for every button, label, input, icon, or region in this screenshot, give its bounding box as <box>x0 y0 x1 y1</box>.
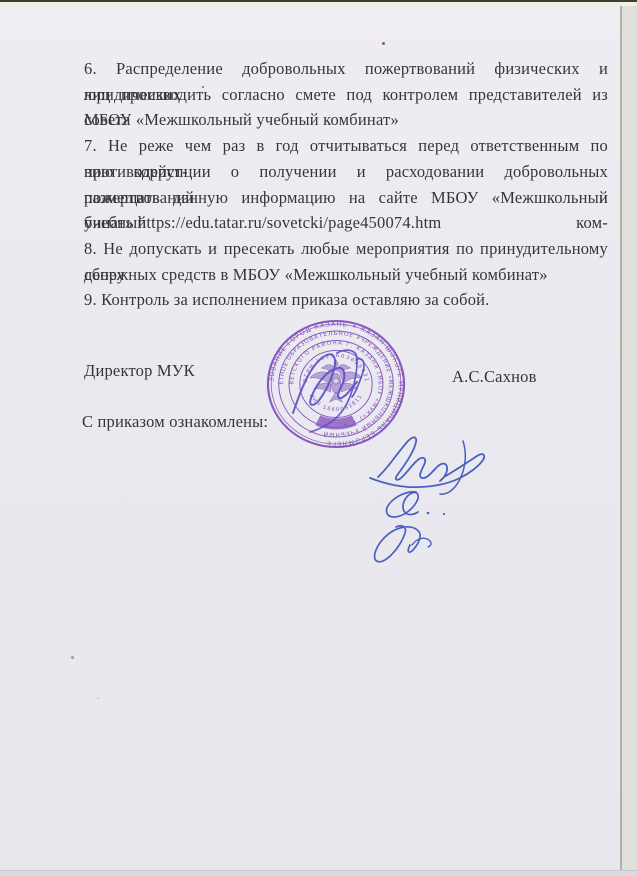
paragraph-line: 7. Не реже чем раз в год отчитываться пе… <box>84 133 608 159</box>
scanner-bottom-edge <box>0 870 637 876</box>
paragraph-line: денежных средств в МБОУ «Межшкольный уче… <box>84 262 608 288</box>
paragraph-line: МБОУ «Межшкольный учебный комбинат» <box>84 107 608 133</box>
stamp-bottom-banner <box>318 420 355 424</box>
director-title-label: Директор МУК <box>84 361 195 381</box>
paragraph-line: 9. Контроль за исполнением приказа остав… <box>84 287 608 313</box>
dust-speck <box>382 42 385 45</box>
acknowledged-signature-1 <box>370 437 484 494</box>
official-stamp: ✦ МУНИЦИПАЛЬНОЕ ОБРАЗОВАНИЕ ГОРОД КАЗАНЬ… <box>268 321 404 447</box>
scanner-paper-edge <box>0 2 637 6</box>
paragraph-line: размещать данную информацию на сайте МБО… <box>84 185 608 211</box>
acknowledged-signature-2 <box>387 492 430 517</box>
stamp-inner-ring-text: КОМБИНАТ» СОВЕТСКОГО РАЙОНА Г. КАЗАНИ (М… <box>289 341 383 428</box>
stamp-inn-text: ИНН 1660032811 <box>308 393 365 413</box>
paragraph-line-with-url: бинат» https://edu.tatar.ru/sovetcki/pag… <box>84 210 608 236</box>
stamp-ogrn-text: ОГРН 1021603629431 <box>303 353 370 383</box>
scanned-document-page: 6. Распределение добровольных пожертвова… <box>0 0 637 876</box>
double-headed-eagle-icon <box>310 360 362 402</box>
scanner-right-margin <box>620 6 637 876</box>
dust-speck <box>71 656 74 659</box>
dust-speck <box>97 697 99 699</box>
paragraph-line: лиц производить согласно смете под контр… <box>84 82 608 108</box>
paragraph-line: 6. Распределение добровольных пожертвова… <box>84 56 608 82</box>
director-name-label: А.С.Сахнов <box>452 367 537 387</box>
stamp-outer-ring-text: ✦ МУНИЦИПАЛЬНОЕ ОБРАЗОВАНИЕ ГОРОД КАЗАНЬ… <box>268 321 404 447</box>
acknowledged-signature-3 <box>375 513 446 562</box>
director-signature <box>293 350 364 432</box>
acknowledged-label: С приказом ознакомлены: <box>82 412 268 432</box>
stamp-middle-ring-text: МУНИЦИПАЛЬНОЕ БЮДЖЕТНОЕ ОБРАЗОВАТЕЛЬНОЕ … <box>279 331 393 437</box>
paragraph-line: 8. Не допускать и пресекать любые меропр… <box>84 236 608 262</box>
dust-speck <box>202 86 204 88</box>
paragraph-line: вию коррупции о получении и расходовании… <box>84 159 608 185</box>
